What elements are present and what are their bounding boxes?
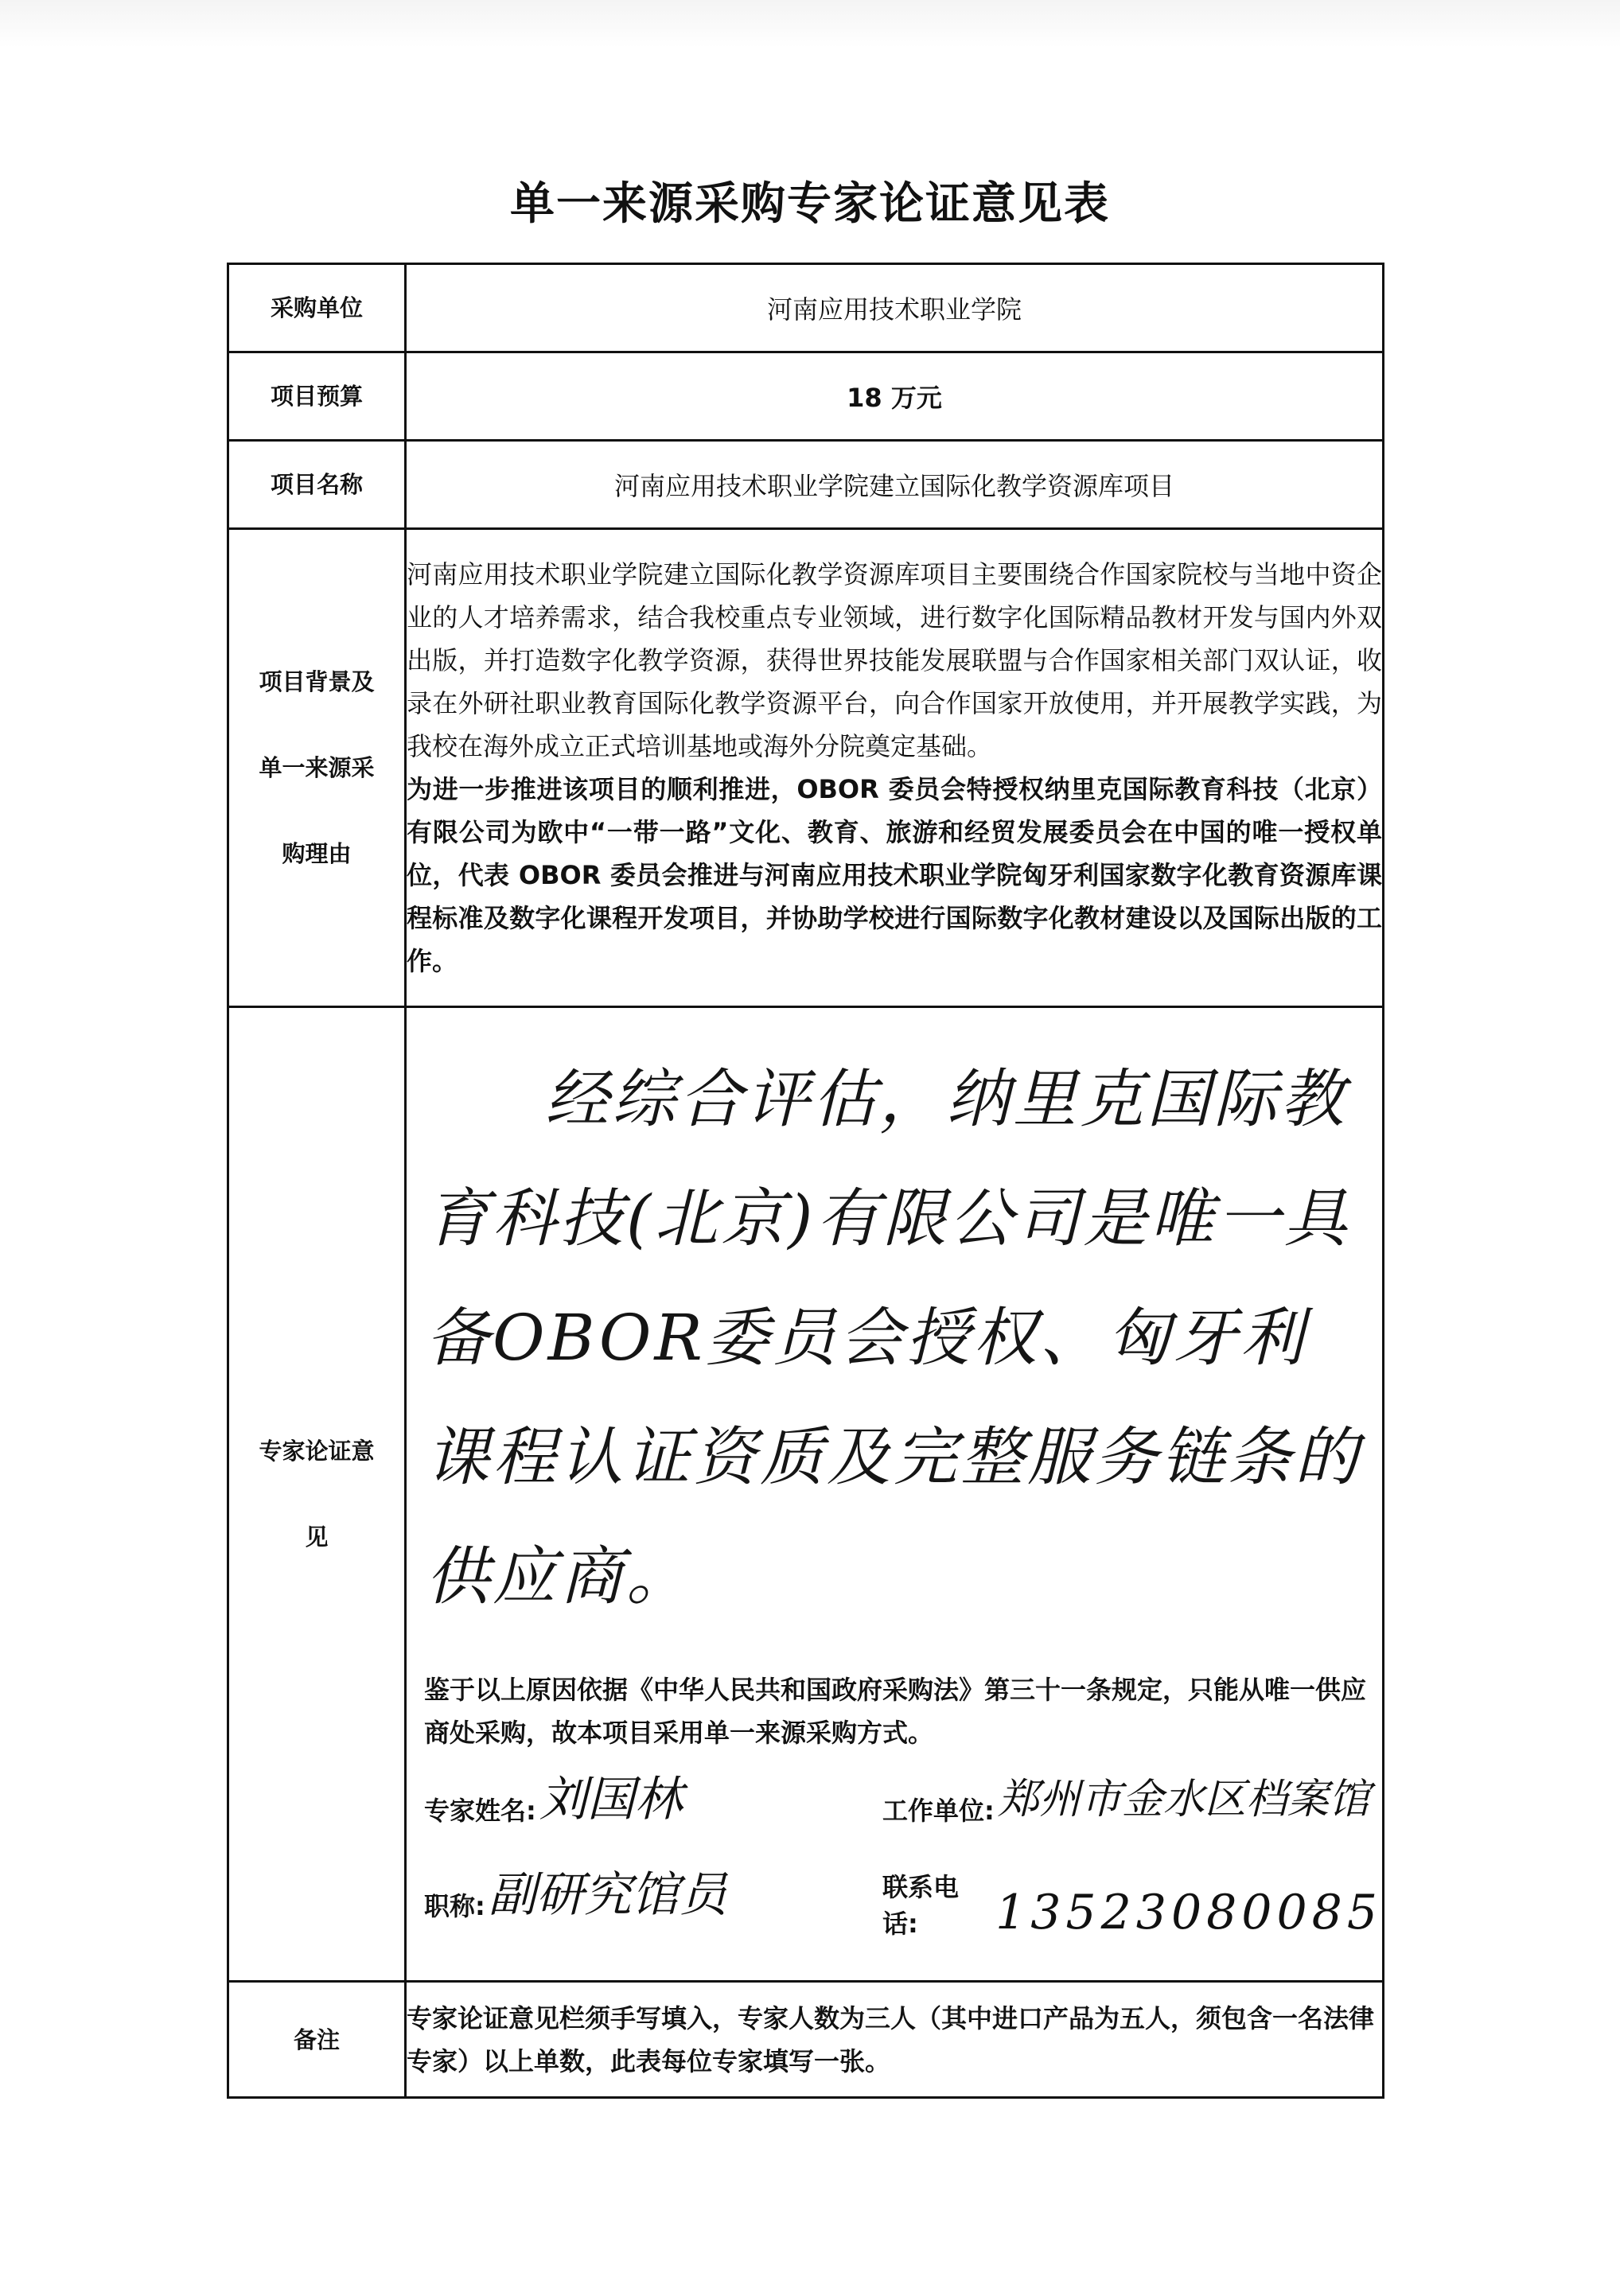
row-expert-opinion: 专家论证意 见 经综合评估，纳里克国际教育科技(北京)有限公司是唯一具备OBOR…: [228, 1007, 1384, 1982]
row-background: 项目背景及 单一来源采 购理由 河南应用技术职业学院建立国际化教学资源库项目主要…: [228, 529, 1384, 1007]
expert-name-label: 专家姓名:: [424, 1791, 536, 1827]
work-unit-field: 工作单位: 郑州市金水区档案馆: [882, 1772, 1370, 1827]
background-paragraph: 河南应用技术职业学院建立国际化教学资源库项目主要围绕合作国家院校与当地中资企业的…: [407, 553, 1382, 768]
label-background: 项目背景及 单一来源采 购理由: [228, 529, 406, 1007]
phone-label: 联系电话:: [882, 1867, 992, 1940]
label-expert-opinion: 专家论证意 见: [228, 1007, 406, 1982]
expert-name-value: 刘国林: [539, 1772, 683, 1827]
value-notes: 专家论证意见栏须手写填入，专家人数为三人（其中进口产品为五人，须包含一名法律专家…: [406, 1982, 1384, 2098]
label-notes: 备注: [228, 1982, 406, 2098]
legal-basis-text: 鉴于以上原因依据《中华人民共和国政府采购法》第三十一条规定，只能从唯一供应商处采…: [424, 1668, 1366, 1754]
expert-name-field: 专家姓名: 刘国林: [424, 1772, 683, 1827]
label-project-name: 项目名称: [228, 441, 406, 529]
value-expert-opinion: 经综合评估，纳里克国际教育科技(北京)有限公司是唯一具备OBOR委员会授权、匈牙…: [406, 1007, 1384, 1982]
job-title-label: 职称:: [424, 1886, 485, 1923]
background-paragraph: 为进一步推进该项目的顺利推进，OBOR 委员会特授权纳里克国际教育科技（北京）有…: [407, 768, 1382, 983]
job-title-value: 副研究馆员: [489, 1867, 727, 1923]
work-unit-value: 郑州市金水区档案馆: [998, 1772, 1370, 1827]
value-project-budget: 18 万元: [406, 352, 1384, 441]
work-unit-label: 工作单位:: [882, 1791, 995, 1827]
label-background-line: 单一来源采: [229, 725, 404, 811]
handwritten-opinion: 经综合评估，纳里克国际教育科技(北京)有限公司是唯一具备OBOR委员会授权、匈牙…: [426, 1040, 1366, 1636]
expert-opinion-form: 采购单位 河南应用技术职业学院 项目预算 18 万元 项目名称 河南应用技术职业…: [227, 263, 1384, 2099]
job-title-field: 职称: 副研究馆员: [424, 1867, 727, 1923]
label-background-line: 项目背景及: [229, 639, 404, 725]
label-opinion-line: 见: [229, 1494, 404, 1580]
phone-value: 13523080085: [995, 1885, 1382, 1940]
page-title: 单一来源采购专家论证意见表: [0, 169, 1620, 232]
row-procurement-unit: 采购单位 河南应用技术职业学院: [228, 264, 1384, 352]
label-procurement-unit: 采购单位: [228, 264, 406, 352]
value-background: 河南应用技术职业学院建立国际化教学资源库项目主要围绕合作国家院校与当地中资企业的…: [406, 529, 1384, 1007]
label-opinion-line: 专家论证意: [229, 1408, 404, 1494]
row-project-name: 项目名称 河南应用技术职业学院建立国际化教学资源库项目: [228, 441, 1384, 529]
row-project-budget: 项目预算 18 万元: [228, 352, 1384, 441]
value-procurement-unit: 河南应用技术职业学院: [406, 264, 1384, 352]
phone-field: 联系电话: 13523080085: [882, 1867, 1382, 1940]
label-project-budget: 项目预算: [228, 352, 406, 441]
label-background-line: 购理由: [229, 811, 404, 897]
value-project-name: 河南应用技术职业学院建立国际化教学资源库项目: [406, 441, 1384, 529]
row-notes: 备注 专家论证意见栏须手写填入，专家人数为三人（其中进口产品为五人，须包含一名法…: [228, 1982, 1384, 2098]
scan-edge-shading: [0, 0, 1620, 48]
